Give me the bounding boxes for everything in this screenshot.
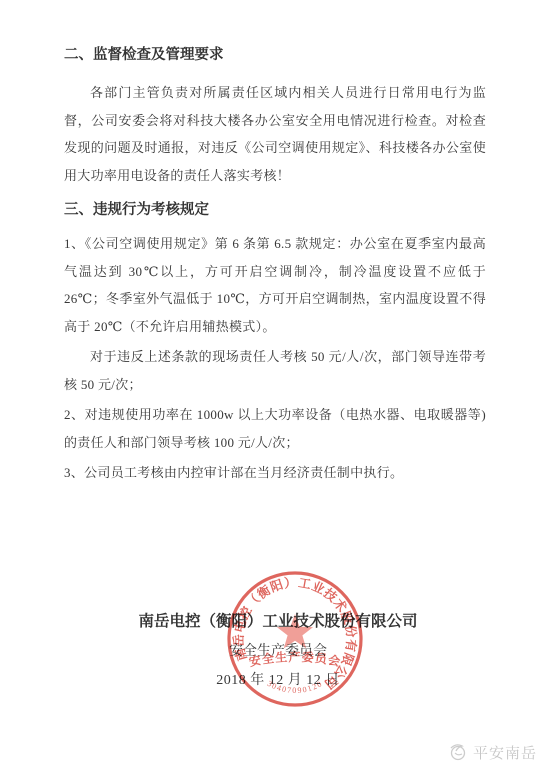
- signature-date: 2018 年 12 月 12 日: [138, 671, 418, 691]
- rule-item-2: 2、对违规使用功率在 1000w 以上大功率设备（电热水器、电取暖器等) 的责任…: [64, 401, 486, 456]
- document-page: 二、监督检查及管理要求 各部门主管负责对所属责任区域内相关人员进行日常用电行为监…: [0, 0, 550, 777]
- committee-name: 安全生产委员会: [138, 642, 418, 662]
- watermark-label: 平安南岳: [473, 742, 537, 763]
- rule-item-1: 1、《公司空调使用规定》第 6 条第 6.5 款规定：办公室在夏季室内最高气温达…: [64, 230, 486, 340]
- company-name: 南岳电控（衡阳）工业技术股份有限公司: [138, 611, 418, 633]
- section2-heading: 二、监督检查及管理要求: [64, 46, 486, 64]
- rule-item-3: 3、公司员工考核由内控审计部在当月经济责任制中执行。: [64, 459, 486, 487]
- section2-paragraph: 各部门主管负责对所属责任区域内相关人员进行日常用电行为监督，公司安委会将对科技大…: [64, 79, 486, 189]
- pingan-nanyue-logo-icon: [447, 741, 469, 763]
- watermark: 平安南岳: [447, 741, 537, 763]
- rule-item-penalty: 对于违反上述条款的现场责任人考核 50 元/人/次，部门领导连带考核 50 元/…: [64, 343, 486, 398]
- signature-block: 南岳电控（衡阳）工业技术股份有限公司 安全生产委员会 2018 年 12 月 1…: [138, 611, 418, 691]
- section3-heading: 三、违规行为考核规定: [64, 201, 486, 219]
